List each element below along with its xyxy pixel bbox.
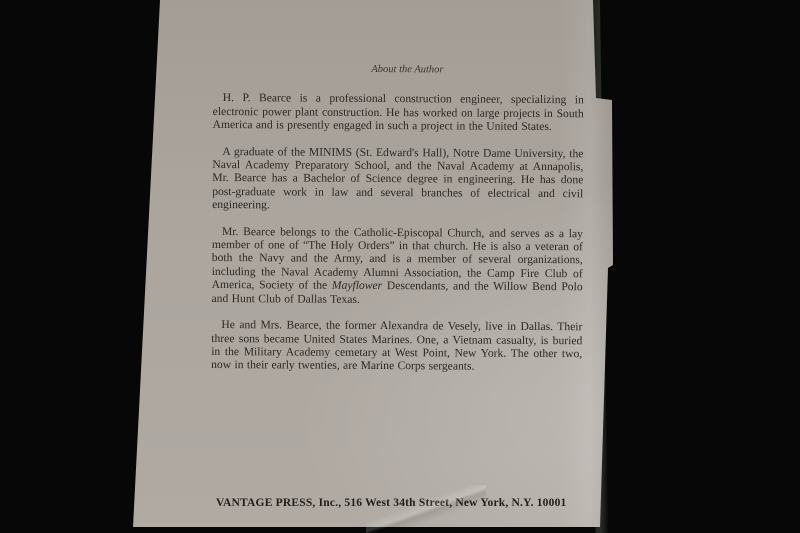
bio-paragraph-family: He and Mrs. Bearce, the former Alexandra… (211, 318, 582, 374)
about-author-section: About the Author H. P. Bearce is a profe… (211, 62, 584, 387)
bio-paragraph-education: A graduate of the MINIMS (St. Edward's H… (212, 145, 583, 214)
publisher-address: VANTAGE PRESS, Inc., 516 West 34th Stree… (216, 497, 567, 509)
section-heading: About the Author (213, 62, 584, 78)
bio-paragraph-affiliations: Mr. Bearce belongs to the Catholic-Episc… (212, 225, 583, 308)
bio-paragraph-career: H. P. Bearce is a professional construct… (213, 91, 584, 133)
mayflower-italic: Mayflower (332, 279, 382, 292)
photo-scene: About the Author H. P. Bearce is a profe… (0, 0, 800, 533)
